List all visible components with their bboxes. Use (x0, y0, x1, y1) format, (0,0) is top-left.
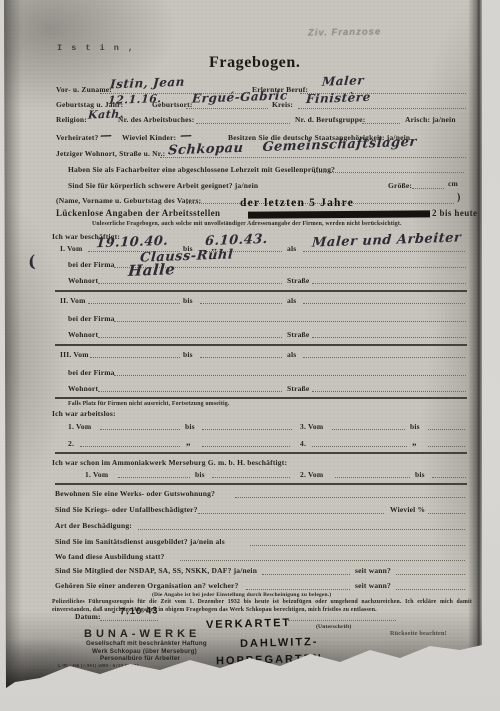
amm-2-vom: 2. Vom (300, 471, 323, 479)
arbeitsstellen-heading: Lückenlose Angaben der Arbeitsstellen (56, 209, 220, 219)
dotted-line (88, 303, 180, 304)
section-rule (55, 344, 467, 346)
kreis-label: Kreis: (272, 101, 293, 109)
dotted-line (160, 157, 466, 158)
dotted-line (114, 375, 466, 376)
entry3-strasse-label: Straße (287, 385, 309, 393)
verheiratet-label: Verheiratet? (56, 134, 99, 142)
entry2-vom-label: II. Vom (60, 297, 86, 305)
cm-label: cm (448, 180, 458, 188)
unleserliche-note: Unleserliche Fragebogen, auch solche mit… (92, 221, 402, 227)
entry2-firma-label: bei der Firma (68, 315, 115, 323)
entry1-strasse-label: Straße (287, 277, 309, 285)
dotted-line (200, 303, 282, 304)
entry1-firma-label: bei der Firma (68, 261, 115, 269)
dotted-line (335, 477, 410, 478)
entry1-wohnort-value: Halle (127, 262, 175, 279)
dotted-line (186, 108, 268, 109)
frage-nsdap-mitglied: Sind Sie Mitglied der NSDAP, SA, SS, NSK… (55, 567, 257, 575)
arbeitslos-4: 4. (300, 440, 306, 448)
entry3-firma-label: bei der Firma (68, 369, 115, 377)
print-code: L 99 5366 (7.943) 5000 · 6719 Bln 44 (58, 664, 139, 669)
fortsetzung-note: Falls Platz für Firmen nicht ausreicht, … (68, 401, 230, 407)
company-line3: Personalbüro für Arbeiter (100, 656, 180, 663)
entry1-wohnort-label: Wohnort (68, 277, 98, 285)
frage-kriegsbeschaedigt: Sind Sie Kriegs- oder Unfallbeschädigter… (55, 506, 198, 514)
frage-gutswohnung: Bewohnen Sie eine Werks- oder Gutswohnun… (55, 490, 215, 498)
ammoniakwerk-heading: Ich war schon im Ammoniakwerk Merseburg … (52, 459, 287, 467)
scanned-document: I s t i n , Fragebogen. Ziv. Franzose ( … (0, 0, 500, 711)
arisch-label: Arisch: ja/nein (405, 116, 456, 124)
verkartet-stamp-line2: DAHLWITZ- (240, 637, 319, 650)
name-value: Istin, Jean (110, 76, 186, 91)
entry1-vom-label: I. Vom (60, 245, 82, 253)
dotted-line (235, 497, 465, 498)
arbeitsbuch-label: Nr. des Arbeitsbuches: (118, 116, 194, 124)
dotted-line (428, 429, 465, 430)
dotted-line (212, 477, 290, 478)
company-name: BUNA-WERKE (84, 628, 200, 640)
kinder-value: — (180, 129, 193, 141)
date-stamp: - 7.10 43 (112, 606, 159, 617)
dotted-line (200, 357, 282, 358)
dotted-line (262, 574, 350, 575)
lehrzeit-question: Haben Sie als Facharbeiter eine abgeschl… (68, 166, 335, 174)
entry1-vom-value: 19.10.40. (96, 235, 169, 251)
dotted-line (198, 513, 384, 514)
groesse-label: Größe: (388, 182, 412, 190)
dotted-line (118, 477, 190, 478)
entry1-bis-value: 6.10.43. (205, 233, 269, 248)
kinder-label: Wieviel Kinder: (122, 134, 176, 142)
dotted-line (196, 123, 290, 124)
amm-1-vom: 1. Vom (85, 471, 108, 479)
vater-label: (Name, Vorname u. Geburtstag des Vaters: (56, 197, 201, 205)
ink-mark: ( (26, 253, 38, 270)
dotted-line (250, 545, 465, 546)
berufsgruppe-label: Nr. d. Berufsgruppe: (295, 116, 365, 124)
verkartet-stamp-line4: LNR. 350765 (228, 669, 304, 680)
form-paper: I s t i n , Fragebogen. Ziv. Franzose ( … (0, 0, 500, 711)
dotted-line (298, 108, 466, 109)
frage-seit-wann-2: seit wann? (355, 582, 391, 590)
frage-ausbildung-ort: Wo fand diese Ausbildung statt? (55, 553, 165, 561)
religion-label: Religion: (56, 116, 87, 124)
dotted-line (312, 283, 466, 284)
frage-seit-wann-1: seit wann? (355, 567, 391, 575)
typed-surname: I s t i n , (57, 44, 135, 53)
dotted-line (312, 446, 407, 447)
dotted-line (98, 337, 282, 338)
section-rule (55, 397, 467, 399)
vater-close-paren: ) (457, 192, 461, 203)
dotted-line (432, 477, 466, 478)
redaction-bar (248, 210, 430, 218)
dotted-line (246, 589, 350, 590)
dotted-line (202, 429, 292, 430)
entry3-vom-label: III. Vom (60, 351, 89, 359)
dotted-line (180, 560, 465, 561)
ditto-mark: „ (186, 438, 191, 448)
dotted-line (312, 391, 466, 392)
company-line1: Gesellschaft mit beschränkter Haftung (86, 641, 207, 648)
dotted-line (332, 429, 405, 430)
wohnort-value: Schkopau Gemeinschaftslager (168, 136, 418, 158)
entry2-als-label: als (287, 297, 296, 305)
verkartet-stamp-line1: VERKARTET (206, 618, 291, 631)
arbeitslos-3-vom: 3. Vom (300, 423, 323, 431)
frage-art-beschaedigung: Art der Beschädigung: (55, 522, 132, 530)
rueckseite-note: Rückseite beachten! (390, 631, 447, 638)
entry1-als-label: als (287, 245, 296, 253)
frage-sanitaetsdienst: Sind Sie im Sanitätsdienst ausgebildet? … (55, 538, 225, 546)
dotted-line (100, 429, 180, 430)
dotted-line (98, 391, 282, 392)
page-title: Fragebogen. (209, 55, 300, 71)
dotted-line (428, 513, 465, 514)
amm-2-bis: bis (415, 471, 425, 479)
signature-line (288, 620, 396, 621)
entry3-als-label: als (287, 351, 296, 359)
schwere-arbeit-question: Sind Sie für körperlich schwere Arbeit g… (68, 182, 258, 190)
letzte-5-jahre-stamp: der letzten 5 Jahre (240, 197, 354, 210)
entry2-bis-label: bis (183, 297, 193, 305)
dotted-line (90, 357, 180, 358)
dotted-line (396, 574, 465, 575)
dotted-line (428, 446, 465, 447)
dotted-line (314, 172, 464, 173)
entry2-wohnort-label: Wohnort (68, 331, 98, 339)
dotted-line (100, 620, 158, 621)
dotted-line (362, 123, 400, 124)
arbeitslos-heading: Ich war arbeitslos: (52, 410, 116, 418)
verkartet-stamp-line3: HOPPEGARTEN (216, 654, 323, 668)
arbeitslos-1-vom: 1. Vom (68, 423, 91, 431)
kreis-value: Finistère (306, 91, 372, 105)
beleg-note: (Die Angabe ist bei jeder Einstellung du… (152, 592, 331, 598)
arbeitslos-3-bis: bis (410, 423, 420, 431)
dotted-line (303, 251, 465, 252)
entry3-wohnort-label: Wohnort (68, 385, 98, 393)
entry3-bis-label: bis (183, 351, 193, 359)
dotted-line (303, 303, 465, 304)
beruf-value: Maler (322, 74, 365, 88)
entry2-strasse-label: Straße (287, 331, 309, 339)
dotted-line (303, 357, 465, 358)
pencil-annotation: Ziv. Franzose (308, 27, 381, 38)
arbeitsstellen-heading-suffix: 2 bis heute (432, 209, 477, 219)
ditto-mark: „ (412, 438, 417, 448)
dotted-line (202, 446, 290, 447)
verheiratet-value: — (100, 129, 113, 141)
section-rule (55, 483, 467, 485)
dotted-line (114, 321, 466, 322)
frage-andere-organisation: Gehören Sie einer anderen Organisation a… (55, 582, 239, 590)
entry1-als-value: Maler und Arbeiter (312, 231, 462, 249)
paper-fold-line (468, 0, 482, 650)
arbeitslos-1-bis: bis (185, 423, 195, 431)
dotted-line (312, 337, 466, 338)
dotted-line (80, 446, 180, 447)
section-rule (55, 452, 467, 454)
unterschrift-label: (Unterschrift) (316, 624, 351, 630)
dotted-line (412, 188, 444, 189)
frage-wieviel-prozent: Wieviel % (390, 506, 425, 514)
paper-left-edge-shadow (4, 0, 22, 711)
datum-label: Datum: (75, 613, 101, 621)
dotted-line (98, 283, 282, 284)
arbeitslos-2: 2. (68, 440, 74, 448)
dotted-line (138, 529, 465, 530)
dotted-line (396, 589, 465, 590)
amm-1-bis: bis (195, 471, 205, 479)
wohnort-label: Jetziger Wohnort, Straße u. Nr.: (56, 150, 165, 158)
section-rule (55, 290, 467, 292)
